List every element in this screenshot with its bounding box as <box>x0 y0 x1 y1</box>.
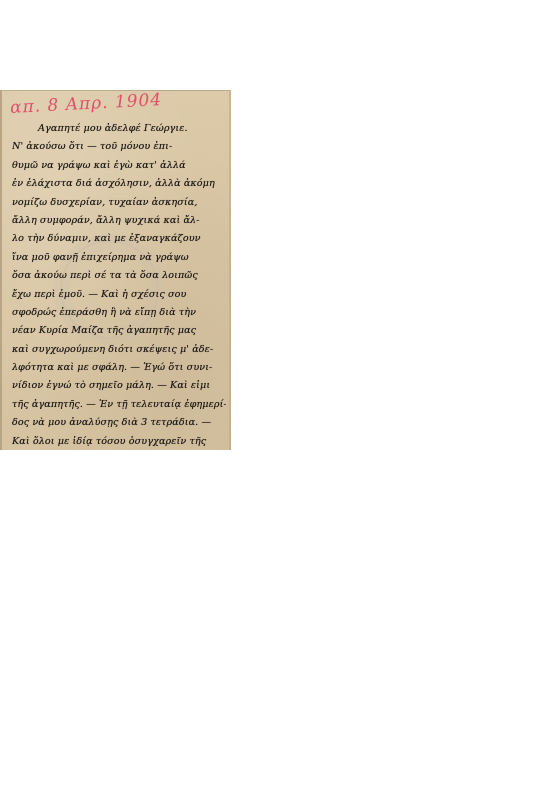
date-annotation: απ. 8 Απρ. 1904 <box>10 90 163 118</box>
letter-line: νίδιον ἐγνώ τὸ σημεῖο μάλη. — Καὶ εἰμι <box>12 377 226 395</box>
paper-edge <box>0 90 2 450</box>
letter-line: θυμῶ να γράψω καὶ ἐγὼ κατ' ἀλλά <box>12 157 226 175</box>
document-page: απ. 8 Απρ. 1904 Αγαπητέ μου ἀδελφέ Γεώργ… <box>0 0 549 800</box>
letter-body: Αγαπητέ μου ἀδελφέ Γεώργιε. Ν' ἀκούσω ὅτ… <box>12 120 226 450</box>
letter-line: ἄλλη συμφοράν, ἄλλη ψυχικά καὶ ἄλ- <box>12 212 226 230</box>
letter-line: δος νὰ μου ἀναλύσῃς διὰ 3 τετράδια. — <box>12 414 226 432</box>
letter-line: Καὶ ὅλοι με ἰδίᾳ τόσου ὁσυγχαρεῖν τῆς <box>12 433 226 450</box>
letter-line: νέαν Κυρία Μαίζα τῆς ἀγαπητῆς μας <box>12 322 226 340</box>
letter-line: ὅσα ἀκούω περὶ σέ τα τὰ ὅσα λοιπῶς <box>12 267 226 285</box>
letter-line: καὶ συγχωρούμενη διότι σκέψεις μ' ἀδε- <box>12 341 226 359</box>
letter-line: σφοδρώς ἐπεράσθη ἢ νὰ εἴπῃ διὰ τὴν <box>12 304 226 322</box>
letter-line: Ν' ἀκούσω ὅτι — τοῦ μόνου ἐπι- <box>12 138 226 156</box>
letter-line: λφότητα καὶ με σφάλη. — Ἐγώ ὅτι συνι- <box>12 359 226 377</box>
letter-line: νομίζω δυσχερίαν, τυχαίαν ἀσκησία, <box>12 194 226 212</box>
letter-line: λο τὴν δύναμιν, καὶ με ἐξαναγκάζουν <box>12 230 226 248</box>
letter-line: ἐν ἐλάχιστα διά ἀσχόλησιν, ἀλλὰ ἀκόμη <box>12 175 226 193</box>
letter-line: Αγαπητέ μου ἀδελφέ Γεώργιε. <box>12 120 226 138</box>
letter-line: ἔχω περὶ ἐμοῦ. — Καὶ ἡ σχέσις σου <box>12 286 226 304</box>
letter-line: τῆς ἀγαπητῆς. — Ἐν τῇ τελευταίᾳ ἐφημερί- <box>12 396 226 414</box>
letter-line: ἵνα μοῦ φανῇ ἐπιχείρημα νὰ γράψω <box>12 249 226 267</box>
letter-scan: απ. 8 Απρ. 1904 Αγαπητέ μου ἀδελφέ Γεώργ… <box>0 90 231 450</box>
